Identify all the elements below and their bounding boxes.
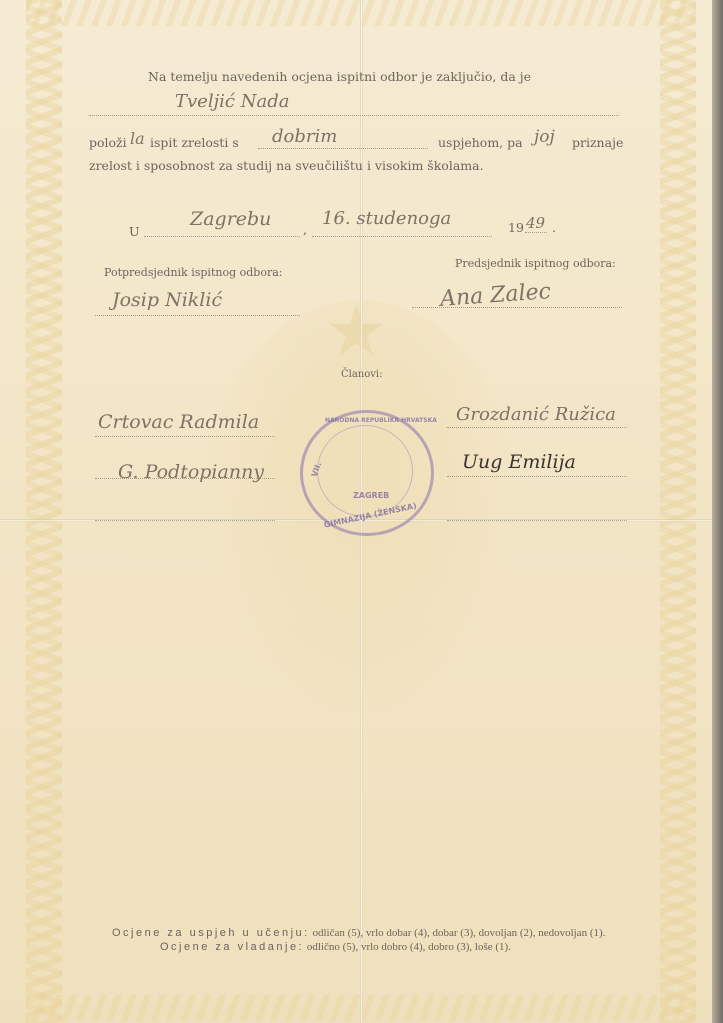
legend-learning-label: Ocjene za uspjeh u učenju:: [112, 927, 310, 939]
decorative-border-right: [660, 0, 696, 1023]
member-dotted-line-6: [447, 520, 627, 521]
line2-middle: ispit zrelosti s: [150, 135, 239, 150]
line3: zrelost i sposobnost za studij na sveuči…: [89, 158, 484, 173]
decorative-border-left: [26, 0, 62, 1023]
place-handwritten: Zagrebu: [190, 208, 271, 230]
member-dotted-line-4: [447, 427, 627, 428]
year-prefix: 19: [508, 220, 524, 235]
member-dotted-line-2: [95, 478, 275, 479]
vice-president-dotted-line: [95, 315, 300, 316]
legend-conduct-label: Ocjene za vladanje:: [160, 941, 304, 953]
name-dotted-line: [89, 115, 619, 116]
date-handwritten: 16. studenoga: [322, 208, 451, 229]
legend-learning-row: Ocjene za uspjeh u učenju: odličan (5), …: [112, 927, 605, 939]
place-comma: ,: [303, 222, 307, 237]
school-stamp: NARODNA REPUBLIKA HRVATSKA VII. ZAGREB G…: [300, 410, 434, 536]
legend-conduct-values: odlično (5), vrlo dobro (4), dobro (3), …: [307, 941, 511, 953]
date-dotted-line: [312, 236, 492, 237]
intro-line: Na temelju navedenih ocjena ispitni odbo…: [148, 69, 531, 84]
vice-president-label: Potpredsjednik ispitnog odbora:: [104, 266, 282, 279]
member-signature-1: Crtovac Radmila: [98, 411, 259, 433]
watermark-star-icon: ★: [325, 290, 388, 372]
scan-edge: [712, 0, 723, 1023]
grade-dotted-line: [258, 148, 428, 149]
place-dotted-line: [144, 236, 300, 237]
line2-end: priznaje: [572, 135, 623, 150]
legend-learning-values: odličan (5), vrlo dobar (4), dobar (3), …: [312, 927, 605, 939]
member-signature-2: G. Podtopianny: [118, 461, 264, 483]
member-signature-3: Grozdanić Ružica: [456, 404, 616, 425]
year-period: .: [552, 220, 556, 235]
line2-suffix: uspjehom, pa: [438, 135, 523, 150]
stamp-inner-ring: [317, 425, 413, 517]
member-dotted-line-1: [95, 436, 275, 437]
line2-hand-joj: joj: [534, 127, 555, 147]
vice-president-signature: Josip Niklić: [112, 289, 222, 311]
members-label: Članovi:: [341, 369, 383, 380]
line2-hand-la: la: [130, 129, 145, 148]
place-prefix: U: [129, 224, 140, 239]
stamp-city-text: ZAGREB: [353, 491, 389, 500]
president-label: Predsjednik ispitnog odbora:: [455, 257, 616, 270]
legend-conduct-row: Ocjene za vladanje: odlično (5), vrlo do…: [160, 941, 511, 953]
member-dotted-line-5: [447, 476, 627, 477]
president-dotted-line: [412, 307, 622, 308]
line2-prefix: položi: [89, 135, 127, 150]
candidate-name: Tveljić Nada: [175, 91, 289, 112]
stamp-top-text: NARODNA REPUBLIKA HRVATSKA: [325, 417, 437, 424]
member-dotted-line-3: [95, 520, 275, 521]
member-signature-4: Uug Emilija: [462, 451, 576, 473]
year-dotted-line: [525, 232, 547, 233]
grade-handwritten: dobrim: [272, 126, 337, 147]
year-handwritten: 49: [526, 214, 545, 232]
